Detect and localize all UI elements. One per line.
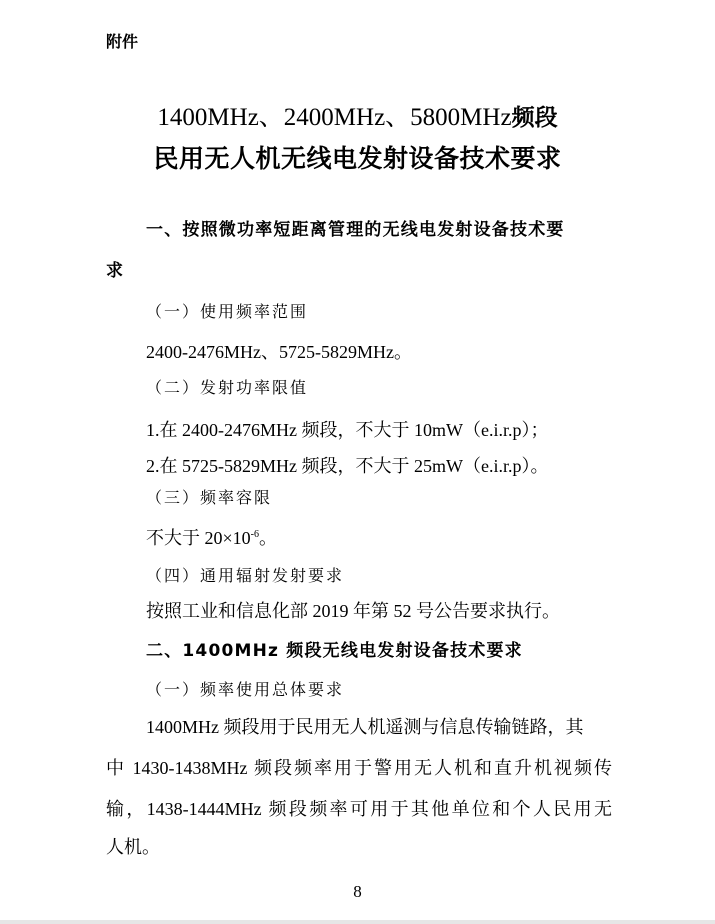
- paragraph-line-1: 1400MHz 频段用于民用无人机遥测与信息传输链路，其: [146, 716, 584, 738]
- attachment-label: 附件: [106, 31, 138, 53]
- subsection-1-1-heading: （一）使用频率范围: [146, 301, 308, 323]
- tolerance-suffix: 。: [259, 528, 277, 548]
- tolerance-prefix: 不大于 20×10: [146, 528, 251, 548]
- subsection-1-2-heading: （二）发射功率限值: [146, 377, 308, 399]
- document-title-line1: 1400MHz、2400MHz、5800MHz频段: [0, 103, 715, 133]
- subsection-1-4-heading: （四）通用辐射发射要求: [146, 565, 344, 587]
- paragraph-line-2: 中 1430-1438MHz 频段频率用于警用无人机和直升机视频传: [106, 757, 612, 779]
- frequency-tolerance-text: 不大于 20×10-6。: [146, 527, 277, 549]
- paragraph-line-4: 人机。: [106, 836, 160, 858]
- power-limit-item-2: 2.在 5725-5829MHz 频段，不大于 25mW（e.i.r.p）。: [146, 455, 548, 477]
- document-title-line2: 民用无人机无线电发射设备技术要求: [0, 144, 715, 174]
- title-frequencies: 1400MHz、2400MHz、5800MHz: [157, 104, 511, 131]
- title-band-word: 频段: [512, 105, 558, 131]
- subsection-1-3-heading: （三）频率容限: [146, 487, 272, 509]
- section-1-heading-continued: 求: [106, 260, 124, 282]
- emission-requirement-text: 按照工业和信息化部 2019 年第 52 号公告要求执行。: [146, 600, 560, 622]
- subsection-2-1-heading: （一）频率使用总体要求: [146, 679, 344, 701]
- section-1-heading: 一、按照微功率短距离管理的无线电发射设备技术要: [146, 219, 565, 241]
- document-page: 附件 1400MHz、2400MHz、5800MHz频段 民用无人机无线电发射设…: [0, 0, 715, 920]
- paragraph-line-3: 输，1438-1444MHz 频段频率可用于其他单位和个人民用无: [106, 798, 612, 820]
- page-number: 8: [0, 881, 715, 903]
- tolerance-exponent: -6: [251, 529, 259, 540]
- section-2-heading: 二、1400MHz 频段无线电发射设备技术要求: [146, 640, 523, 662]
- frequency-range-text: 2400-2476MHz、5725-5829MHz。: [146, 341, 412, 363]
- power-limit-item-1: 1.在 2400-2476MHz 频段，不大于 10mW（e.i.r.p）；: [146, 419, 548, 441]
- page-bottom-edge: [0, 920, 715, 924]
